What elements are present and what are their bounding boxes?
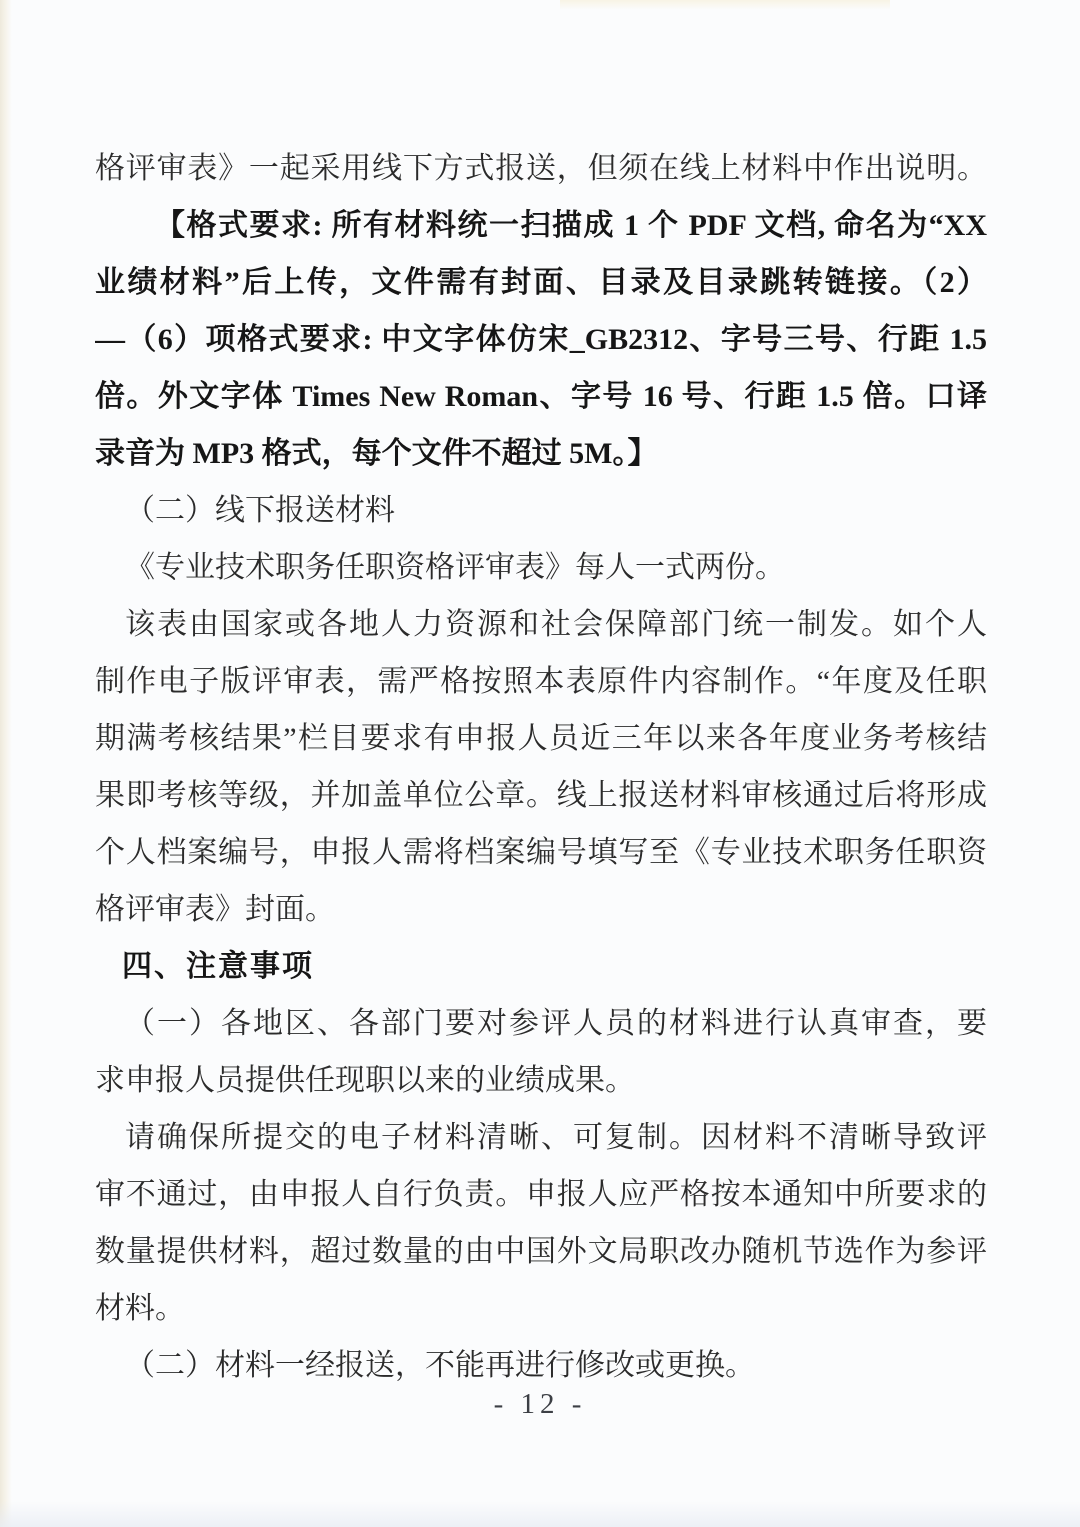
- text-line: 材料。: [95, 1280, 987, 1337]
- text-line: 制作电子版评审表，需严格按照本表原件内容制作。“年度及任职: [95, 653, 987, 710]
- scan-left-edge-artifact: [0, 0, 12, 1527]
- document-body: 格评审表》一起采用线下方式报送，但须在线上材料中作出说明。【格式要求: 所有材料…: [95, 140, 987, 1394]
- text-line: 期满考核结果”栏目要求有申报人员近三年以来各年度业务考核结: [95, 710, 987, 767]
- page-number: - 12 -: [0, 1388, 1080, 1421]
- text-line: 该表由国家或各地人力资源和社会保障部门统一制发。如个人: [95, 596, 987, 653]
- text-line: 格评审表》一起采用线下方式报送，但须在线上材料中作出说明。: [95, 140, 987, 197]
- text-line: 【格式要求: 所有材料统一扫描成 1 个 PDF 文档, 命名为“XX: [95, 197, 987, 254]
- scan-top-tint-artifact: [560, 0, 890, 10]
- text-line: 果即考核等级，并加盖单位公章。线上报送材料审核通过后将形成: [95, 767, 987, 824]
- document-page: 格评审表》一起采用线下方式报送，但须在线上材料中作出说明。【格式要求: 所有材料…: [0, 0, 1080, 1527]
- text-line: （二）材料一经报送，不能再进行修改或更换。: [95, 1337, 987, 1394]
- text-line: （二）线下报送材料: [95, 482, 987, 539]
- text-line: 四、注意事项: [95, 938, 987, 995]
- text-line: 《专业技术职务任职资格评审表》每人一式两份。: [95, 539, 987, 596]
- text-line: 录音为 MP3 格式，每个文件不超过 5M。】: [95, 425, 987, 482]
- text-line: 求申报人员提供任现职以来的业绩成果。: [95, 1052, 987, 1109]
- text-line: 个人档案编号，申报人需将档案编号填写至《专业技术职务任职资: [95, 824, 987, 881]
- text-line: 业绩材料”后上传，文件需有封面、目录及目录跳转链接。（2）: [95, 254, 987, 311]
- text-line: 倍。外文字体 Times New Roman、字号 16 号、行距 1.5 倍。…: [95, 368, 987, 425]
- text-line: 数量提供材料，超过数量的由中国外文局职改办随机节选作为参评: [95, 1223, 987, 1280]
- text-line: 格评审表》封面。: [95, 881, 987, 938]
- text-line: —（6）项格式要求: 中文字体仿宋_GB2312、字号三号、行距 1.5: [95, 311, 987, 368]
- text-line: 请确保所提交的电子材料清晰、可复制。因材料不清晰导致评: [95, 1109, 987, 1166]
- text-line: （一）各地区、各部门要对参评人员的材料进行认真审查，要: [95, 995, 987, 1052]
- text-line: 审不通过，由申报人自行负责。申报人应严格按本通知中所要求的: [95, 1166, 987, 1223]
- scan-bottom-shadow-artifact: [0, 1501, 1080, 1527]
